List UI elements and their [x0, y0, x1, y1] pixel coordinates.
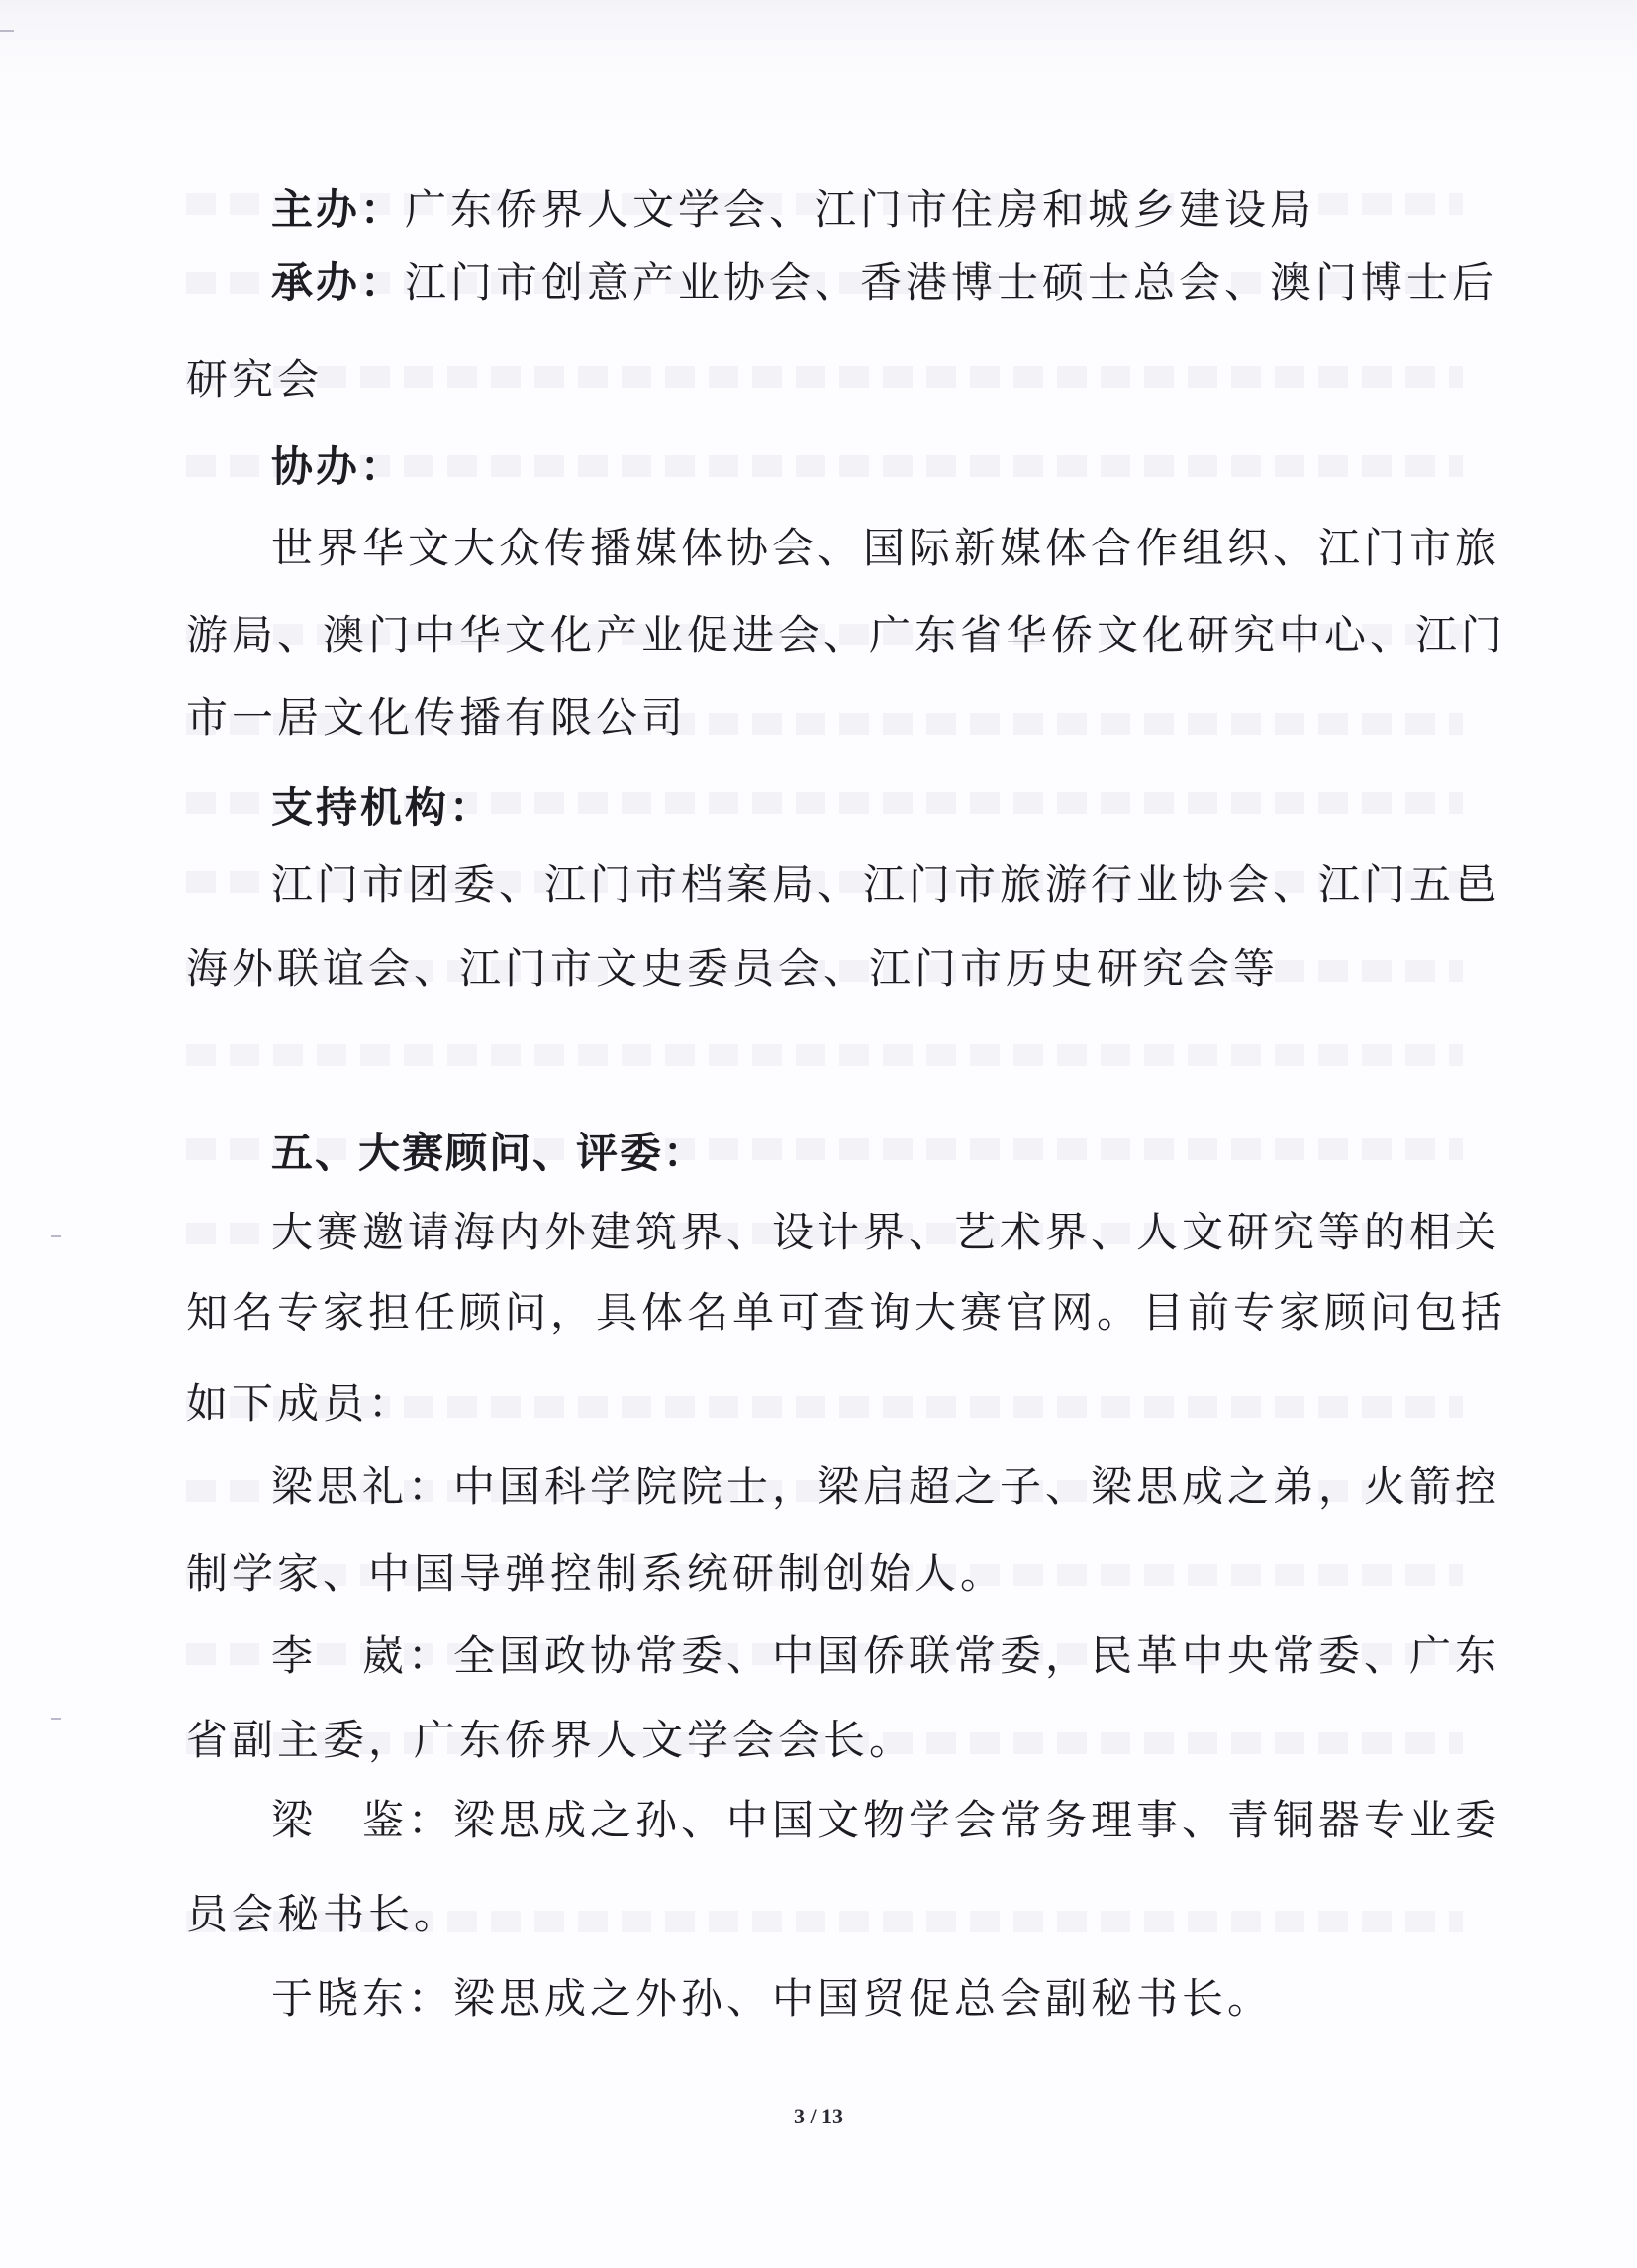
support-label: 支持机构：	[271, 783, 494, 833]
undertaker-line: 承办：江门市创意产业协会、香港博士硕士总会、澳门博士后	[271, 258, 1497, 308]
scan-edge-mark	[51, 1235, 61, 1237]
advisors-intro-line: 大赛邀请海内外建筑界、设计界、艺术界、人文研究等的相关	[271, 1208, 1500, 1257]
advisor-line: 于晓东：梁思成之外孙、中国贸促总会副秘书长。	[271, 1974, 1273, 2023]
scan-edge-mark	[0, 30, 14, 32]
undertaker-line-continued: 研究会	[186, 355, 323, 405]
support-text-line: 江门市团委、江门市档案局、江门市旅游行业协会、江门五邑	[271, 860, 1500, 910]
advisor-line: 制学家、中国导弹控制系统研制创始人。	[186, 1549, 1006, 1599]
scanned-page: 主办：广东侨界人文学会、江门市住房和城乡建设局 承办：江门市创意产业协会、香港博…	[0, 0, 1637, 2268]
page-number: 3 / 13	[0, 2104, 1637, 2129]
advisor-line: 李 崴：全国政协常委、中国侨联常委，民革中央常委、广东	[271, 1631, 1500, 1681]
host-line: 主办：广东侨界人文学会、江门市住房和城乡建设局	[271, 185, 1315, 235]
advisors-intro-line: 知名专家担任顾问，具体名单可查询大赛官网。目前专家顾问包括	[186, 1288, 1506, 1337]
co-organizer-label: 协办：	[271, 443, 405, 492]
co-organizer-text-line: 世界华文大众传播媒体协会、国际新媒体合作组织、江门市旅	[271, 524, 1500, 573]
support-text-line: 海外联谊会、江门市文史委员会、江门市历史研究会等	[186, 944, 1279, 994]
advisor-line: 省副主委，广东侨界人文学会会长。	[186, 1716, 915, 1765]
advisor-line: 梁思礼：中国科学院院士，梁启超之子、梁思成之弟，火箭控	[271, 1462, 1500, 1512]
advisor-line: 梁 鉴：梁思成之孙、中国文物学会常务理事、青铜器专业委	[271, 1796, 1500, 1845]
section-heading: 五、大赛顾问、评委：	[271, 1129, 707, 1178]
host-label: 主办：	[271, 185, 405, 234]
undertaker-label: 承办：	[271, 258, 405, 307]
advisor-line: 员会秘书长。	[186, 1890, 459, 1939]
co-organizer-text-line: 游局、澳门中华文化产业促进会、广东省华侨文化研究中心、江门	[186, 611, 1506, 660]
co-organizer-text-line: 市一居文化传播有限公司	[186, 693, 687, 742]
advisors-intro-line: 如下成员：	[186, 1379, 414, 1429]
scan-edge-mark	[51, 1718, 61, 1720]
undertaker-text: 江门市创意产业协会、香港博士硕士总会、澳门博士后	[405, 258, 1497, 307]
host-text: 广东侨界人文学会、江门市住房和城乡建设局	[405, 185, 1315, 234]
